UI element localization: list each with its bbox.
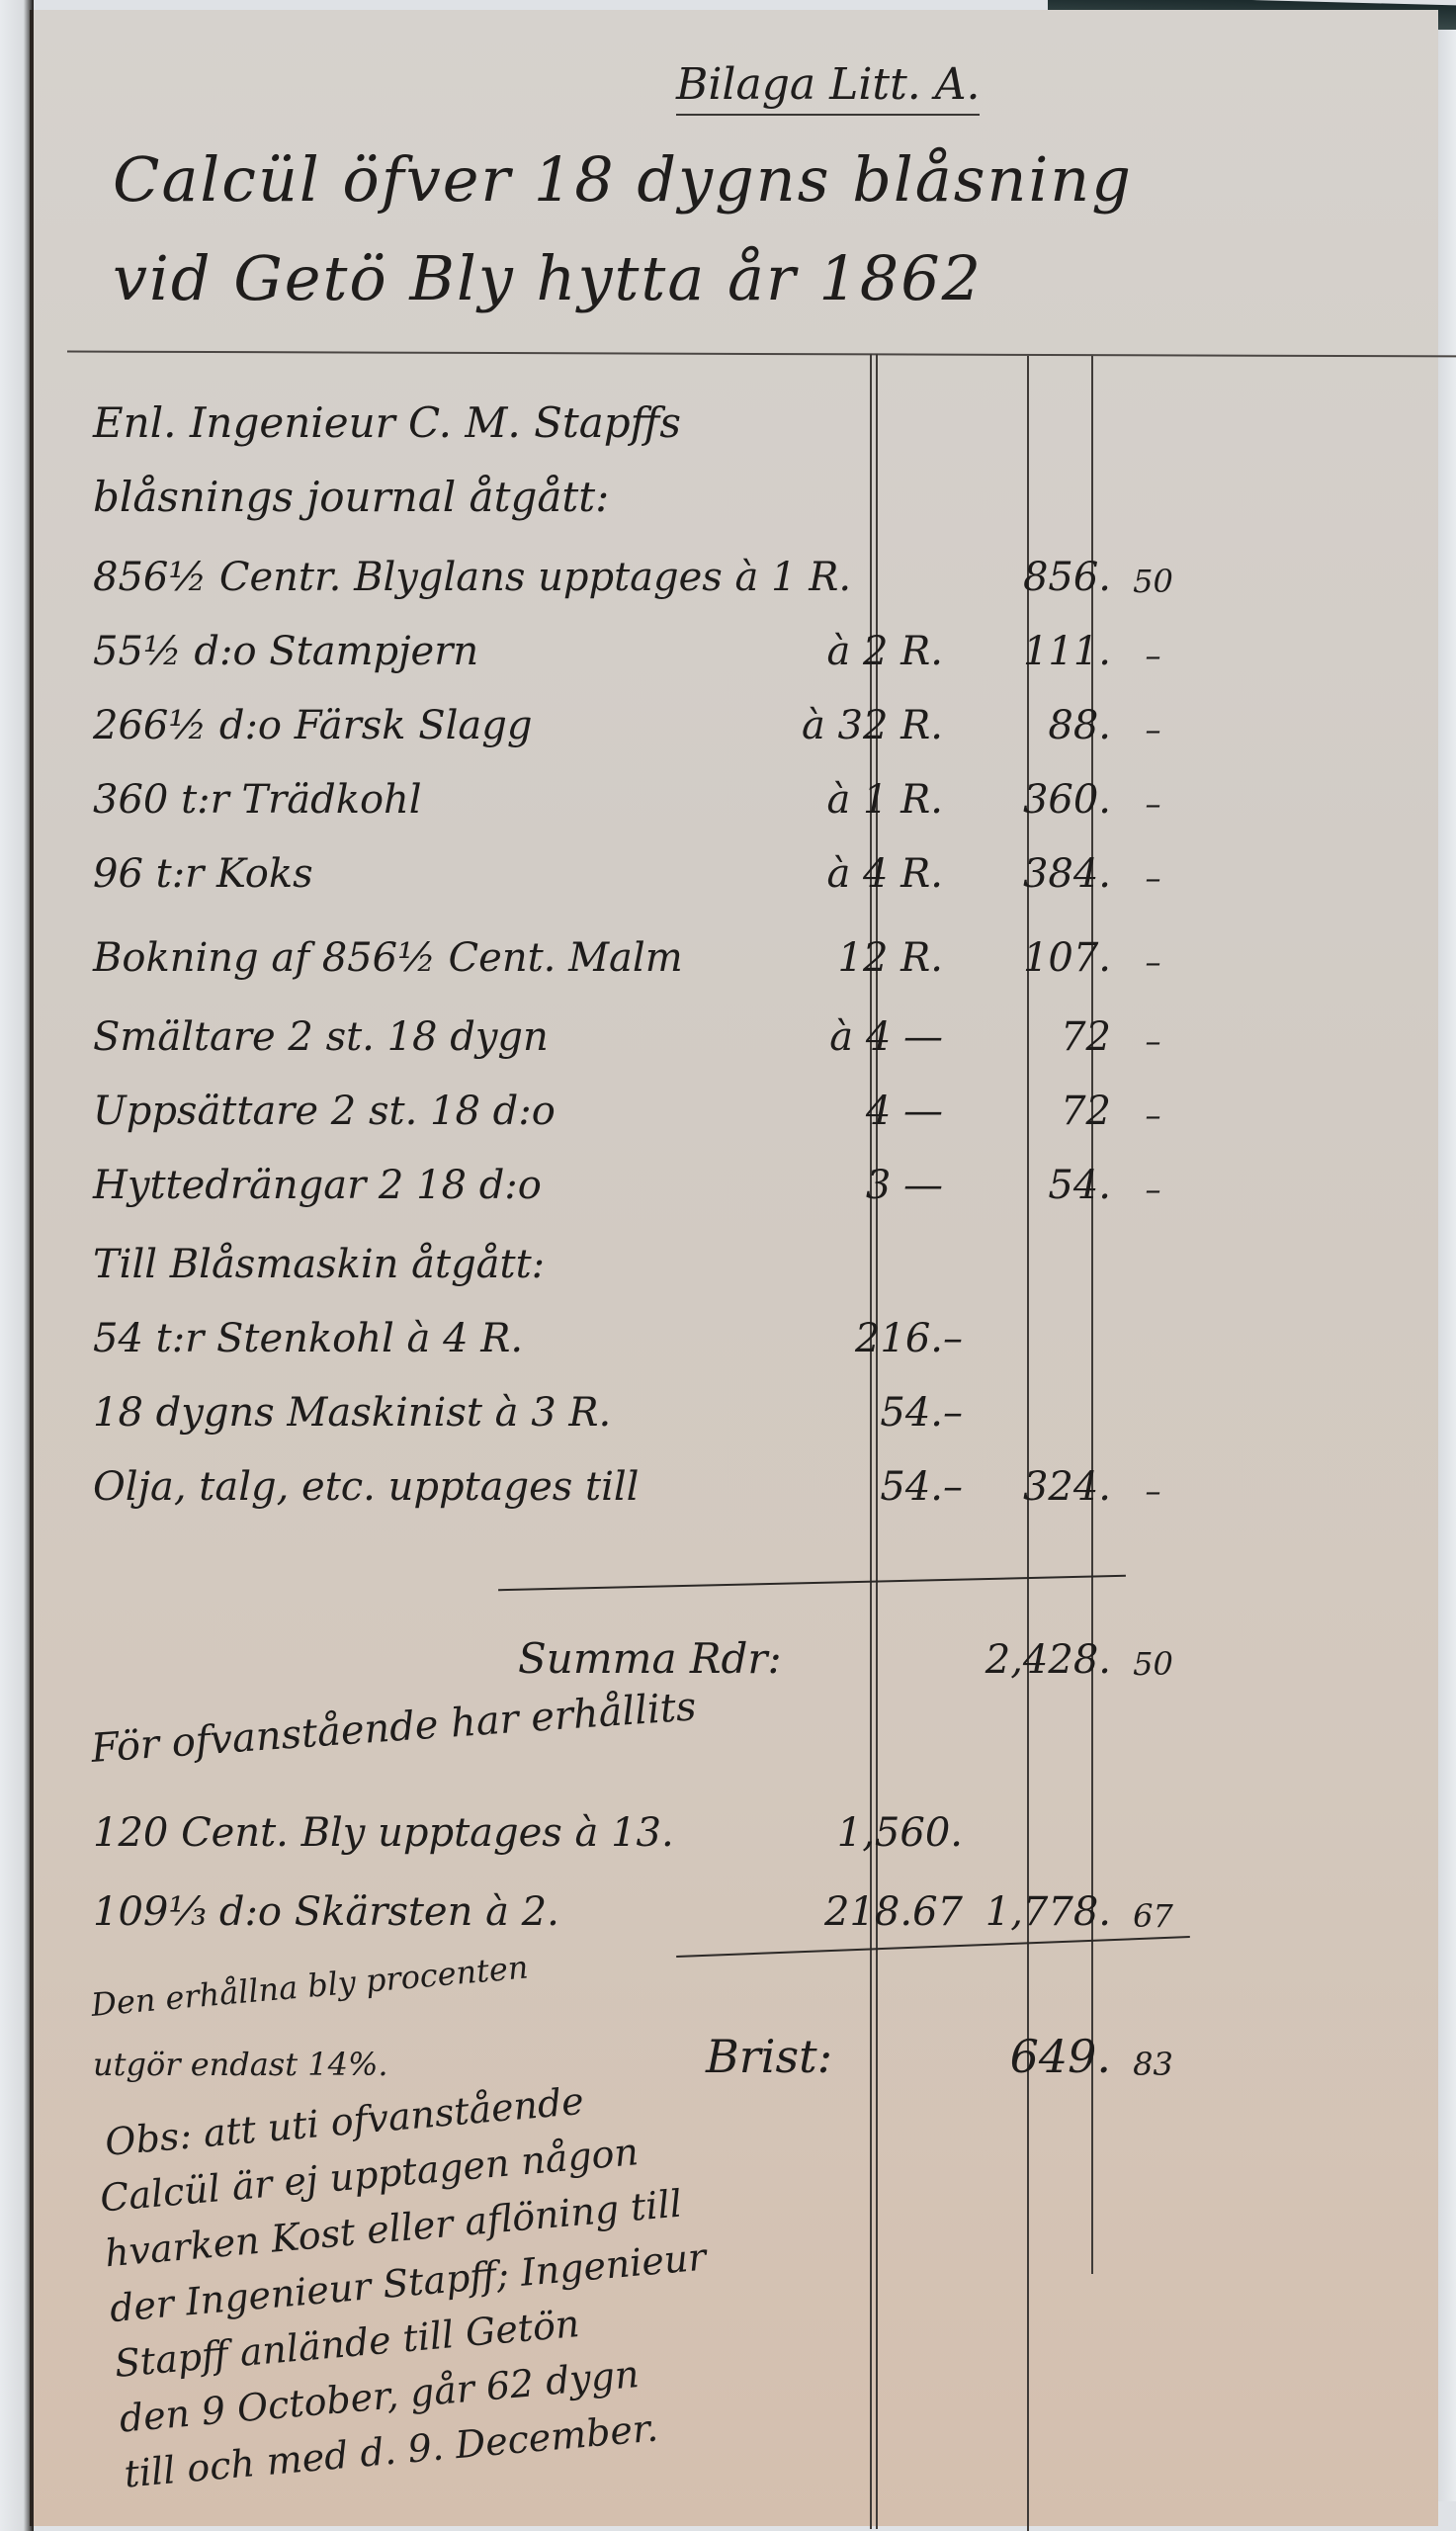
entry-row: 266½ d:o Färsk Slagg à 32 R. 88. –: [93, 687, 1180, 756]
subtotal-rule: [498, 1575, 1126, 1591]
entry-row: Smältare 2 st. 18 dygn à 4 — 72 –: [93, 999, 1180, 1068]
title-line-1: Calcül öfver 18 dygns blåsning: [113, 143, 1133, 216]
summa-row: Summa Rdr: 2,428. 50: [93, 1621, 1180, 1691]
entry-row: Bokning af 856½ Cent. Malm 12 R. 107. –: [93, 919, 1180, 989]
column-rule-kronor: [1027, 356, 1029, 2531]
machine-item-row: 18 dygns Maskinist à 3 R. 54.–: [93, 1374, 1180, 1443]
appendix-label: Bilaga Litt. A.: [676, 59, 980, 116]
brist-label: Brist:: [706, 2030, 832, 2083]
entry-row: Uppsättare 2 st. 18 d:o 4 — 72 –: [93, 1073, 1180, 1142]
document-heading: Bilaga Litt. A. Calcül öfver 18 dygns bl…: [93, 49, 1437, 336]
scan-left-margin: [0, 0, 34, 2531]
ledger-page: Bilaga Litt. A. Calcül öfver 18 dygns bl…: [30, 10, 1438, 2526]
entry-row: 360 t:r Trädkohl à 1 R. 360. –: [93, 761, 1180, 830]
proceeds-item-row: 109⅓ d:o Skärsten à 2. 218.67 1,778. 67: [93, 1874, 1180, 1943]
machine-item-row: Olja, talg, etc. upptages till 54.– 324.…: [93, 1448, 1180, 1518]
entry-row: 96 t:r Koks à 4 R. 384. –: [93, 835, 1180, 905]
machine-item-row: 54 t:r Stenkohl à 4 R. 216.–: [93, 1300, 1180, 1369]
intro-line-2: blåsnings journal åtgått:: [93, 460, 1180, 529]
entry-row: 55½ d:o Stampjern à 2 R. 111. –: [93, 613, 1180, 682]
proceeds-item-row: 120 Cent. Bly upptages à 13. 1,560.: [93, 1794, 1180, 1864]
entry-row: 856½ Centr. Blyglans upptages à 1 R. 856…: [93, 539, 1180, 608]
entry-row: Hyttedrängar 2 18 d:o 3 — 54. –: [93, 1147, 1180, 1216]
machine-section-header: Till Blåsmaskin åtgått:: [93, 1226, 1180, 1295]
intro-line-1: Enl. Ingenieur C. M. Stapffs: [93, 386, 1180, 455]
footnote: Obs: att uti ofvanstående Calcül är ej u…: [93, 2063, 723, 2501]
header-rule: [67, 351, 1456, 358]
proceeds-header: För ofvanstående har erhållits: [93, 1710, 1180, 1780]
title-line-2: vid Getö Bly hytta år 1862: [113, 242, 983, 314]
